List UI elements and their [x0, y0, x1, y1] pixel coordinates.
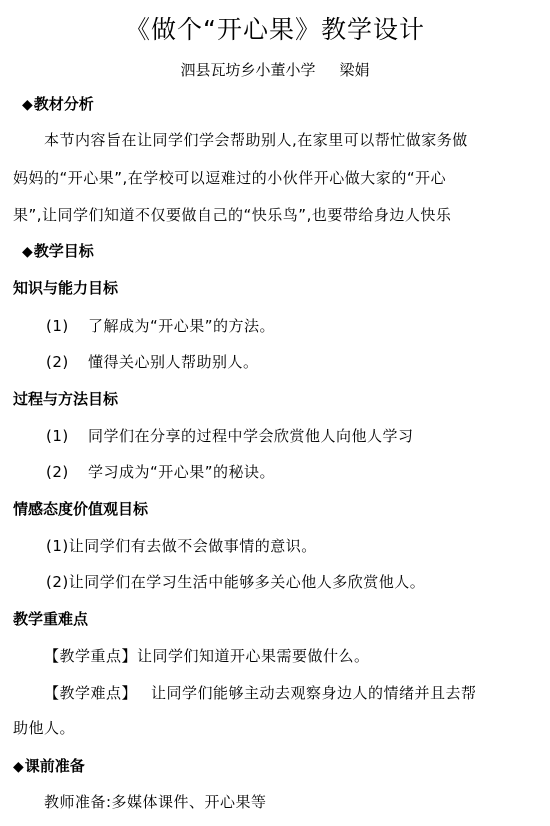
- heading-preparation: ◆课前准备: [13, 756, 85, 777]
- heading-material-analysis: ◆教材分析: [22, 94, 94, 115]
- diamond-bullet-icon: ◆: [22, 244, 33, 260]
- list-number: (2): [46, 462, 88, 482]
- heading-knowledge-goals: 知识与能力目标: [13, 278, 118, 298]
- heading-text: 教材分析: [34, 95, 94, 113]
- list-text: 懂得关心别人帮助别人。: [88, 353, 259, 371]
- key-difficulty-line: 【教学难点】让同学们能够主动去观察身边人的情绪并且去帮: [44, 683, 477, 703]
- diamond-bullet-icon: ◆: [13, 759, 24, 775]
- school-name: 泗县瓦坊乡小董小学: [180, 61, 315, 79]
- list-number: (2): [46, 352, 88, 372]
- heading-teaching-goals: ◆教学目标: [22, 241, 94, 262]
- author-name: 梁娟: [340, 61, 370, 79]
- focus-text: 让同学们知道开心果需要做什么。: [137, 647, 370, 665]
- heading-text: 教学目标: [34, 242, 94, 260]
- list-item: (2)学习成为“开心果”的秘诀。: [46, 462, 275, 482]
- list-number: (1): [46, 316, 88, 336]
- list-item: (1)了解成为“开心果”的方法。: [46, 316, 275, 336]
- list-number: (1): [46, 426, 88, 446]
- document-subtitle: 泗县瓦坊乡小董小学梁娟: [0, 60, 550, 80]
- document-title: 《做个“开心果》教学设计: [0, 14, 550, 46]
- difficulty-text: 让同学们能够主动去观察身边人的情绪并且去帮: [151, 684, 477, 702]
- list-item: (1)让同学们有去做不会做事情的意识。: [46, 536, 317, 556]
- list-item: (2)让同学们在学习生活中能够多关心他人多欣赏他人。: [46, 572, 425, 592]
- focus-label: 【教学重点】: [44, 647, 137, 665]
- paragraph-line: 果”,让同学们知道不仅要做自己的“快乐鸟”,也要带给身边人快乐: [13, 205, 451, 225]
- heading-text: 课前准备: [25, 757, 85, 775]
- list-text: 同学们在分享的过程中学会欣赏他人向他人学习: [88, 427, 414, 445]
- key-focus-line: 【教学重点】让同学们知道开心果需要做什么。: [44, 646, 370, 666]
- list-text: 学习成为“开心果”的秘诀。: [88, 463, 275, 481]
- difficulty-continuation: 助他人。: [13, 718, 75, 738]
- heading-emotion-goals: 情感态度价值观目标: [13, 499, 148, 519]
- heading-process-goals: 过程与方法目标: [13, 389, 118, 409]
- paragraph-line: 本节内容旨在让同学们学会帮助别人,在家里可以帮忙做家务做: [44, 130, 468, 150]
- heading-key-points: 教学重难点: [13, 609, 88, 629]
- list-item: (2)懂得关心别人帮助别人。: [46, 352, 259, 372]
- difficulty-label: 【教学难点】: [44, 684, 137, 702]
- preparation-text: 教师准备:多媒体课件、开心果等: [44, 792, 267, 812]
- list-text: 了解成为“开心果”的方法。: [88, 317, 275, 335]
- diamond-bullet-icon: ◆: [22, 97, 33, 113]
- list-item: (1)同学们在分享的过程中学会欣赏他人向他人学习: [46, 426, 414, 446]
- paragraph-line: 妈妈的“开心果”,在学校可以逗难过的小伙伴开心做大家的“开心: [13, 168, 446, 188]
